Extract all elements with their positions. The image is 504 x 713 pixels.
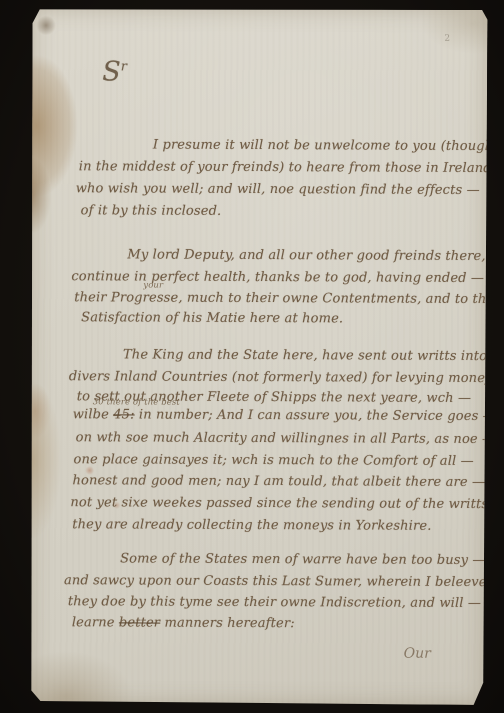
manuscript-line: Some of the States men of warre have ben… [120, 551, 485, 568]
manuscript-line: honest and good men; nay I am tould, tha… [72, 473, 485, 490]
manuscript-line: My lord Deputy, and all our other good f… [127, 247, 503, 264]
line-text: manners hereafter: [160, 616, 295, 632]
manuscript-line: Satisfaction of his Matie here at home. [81, 310, 343, 326]
interlinear-insertion: 30 there of the best [93, 397, 180, 407]
manuscript-line: I presume it will not be unwelcome to yo… [153, 138, 504, 155]
line-text: in number; And I can assure you, the Ser… [135, 407, 496, 424]
manuscript-line: and sawcy upon our Coasts this Last Sume… [64, 573, 487, 590]
manuscript-line: learne better manners hereafter: [72, 615, 295, 631]
catchword: Our [404, 646, 431, 662]
manuscript-line: their Progresse, much to their owne Cont… [74, 290, 504, 307]
photo-backdrop: { "document": { "salutation": { "base": … [0, 0, 504, 713]
manuscript-line: one place gainsayes it; wch is much to t… [74, 452, 474, 469]
struck-text: 45: [113, 407, 134, 422]
manuscript-page: 2 Sr I presume it will not be unwelcome … [29, 8, 487, 705]
line-text: learne [72, 615, 119, 630]
line-text: wilbe [73, 407, 114, 422]
struck-text: better [119, 615, 160, 630]
manuscript-line: wilbe 45: in number; And I can assure yo… [73, 407, 496, 424]
manuscript-line: who wish you well; and will, noe questio… [76, 181, 480, 198]
manuscript-line: The King and the State here, have sent o… [123, 347, 504, 364]
salutation-superscript: r [121, 59, 127, 74]
manuscript-line: of it by this inclosed. [81, 203, 222, 219]
page-mark: 2 [444, 34, 450, 44]
manuscript-line: on wth soe much Alacrity and willingnes … [76, 430, 496, 447]
manuscript-line: in the middest of your freinds) to heare… [79, 159, 492, 176]
manuscript-line: continue in perfect health, thanks be to… [71, 269, 484, 286]
interlinear-insertion: your [143, 280, 163, 290]
salutation-base: S [102, 56, 121, 87]
manuscript-line: not yet sixe weekes passed since the sen… [70, 495, 492, 512]
manuscript-line: they are already collecting the moneys i… [72, 517, 431, 534]
manuscript-line: divers Inland Countries (not formerly ta… [69, 369, 504, 386]
salutation: Sr [102, 56, 127, 87]
manuscript-line: they doe by this tyme see their owne Ind… [68, 594, 481, 611]
